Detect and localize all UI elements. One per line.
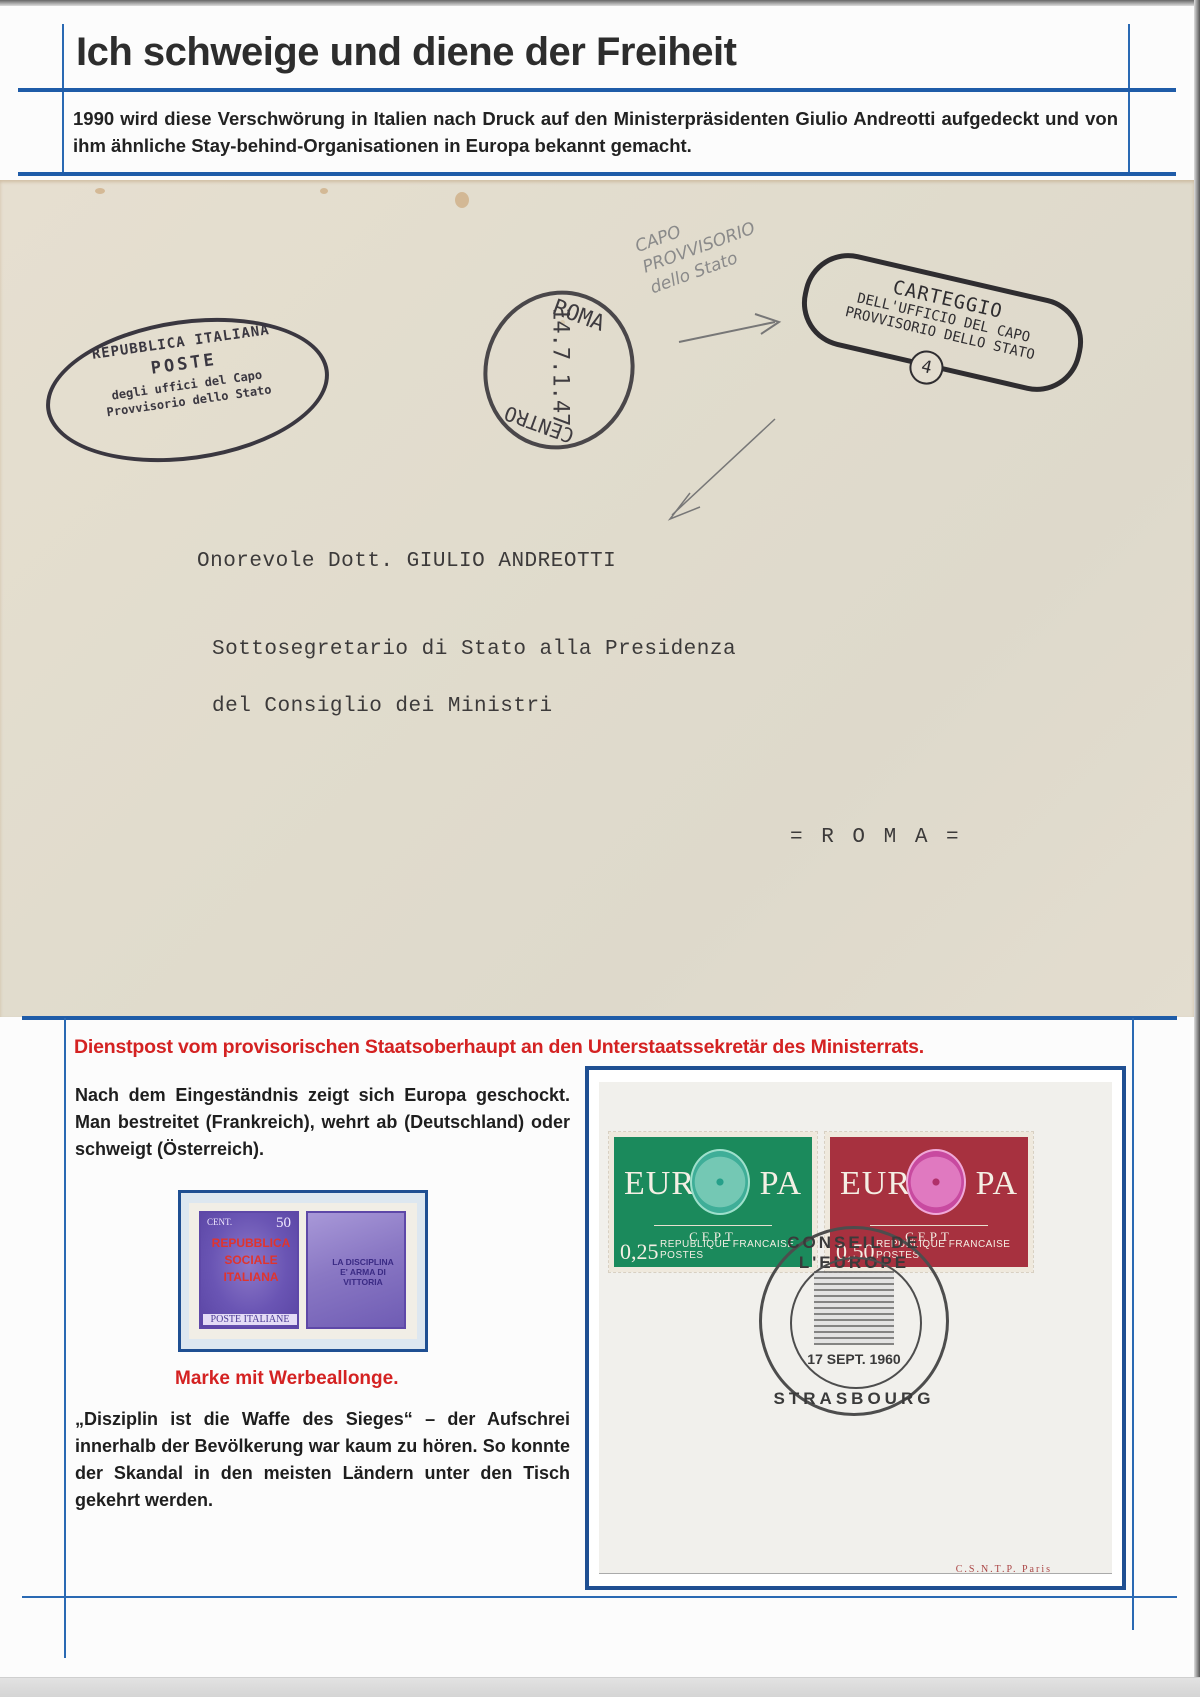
scan-edge-bottom — [0, 1677, 1200, 1697]
frame-line-left-bottom — [64, 1018, 66, 1658]
cancel-city: STRASBOURG — [762, 1389, 946, 1409]
italian-stamp-mount: CENT. 50 REPUBBLICA SOCIALE ITALIANA POS… — [178, 1190, 428, 1352]
stamp-denomination-label: CENT. — [207, 1217, 232, 1227]
address-line-2: Sottosegretario di Stato alla Presidenza — [212, 638, 736, 661]
stamp-pair: CENT. 50 REPUBBLICA SOCIALE ITALIANA POS… — [189, 1203, 417, 1339]
frame-line-right-bottom — [1132, 1018, 1134, 1630]
europa-cover-mount: EUR PA CEPT 0,25 REPUBLIQUE FRANCAISE PO… — [585, 1066, 1126, 1590]
section-heading: Dienstpost vom provisorischen Staatsober… — [74, 1036, 924, 1059]
address-line-1: Onorevole Dott. GIULIO ANDREOTTI — [197, 550, 616, 573]
title-underline — [18, 88, 1176, 92]
intro-text: 1990 wird diese Verschwörung in Italien … — [73, 105, 1118, 159]
italian-stamp: CENT. 50 REPUBBLICA SOCIALE ITALIANA POS… — [199, 1211, 299, 1329]
section-bottom-line — [22, 1596, 1177, 1598]
stamp-value: 0,25 — [620, 1239, 659, 1265]
stamp-word-right: PA — [976, 1165, 1018, 1203]
scan-edge-right — [1194, 0, 1200, 1697]
stamp-value: 50 — [276, 1215, 291, 1232]
scan-edge-top — [0, 0, 1200, 6]
cancel-date: 17 SEPT. 1960 — [762, 1351, 946, 1367]
frame-line-left-top — [62, 24, 64, 176]
foxing-spot — [320, 188, 328, 194]
overprint-line: REPUBBLICA — [205, 1235, 297, 1252]
pencil-arrow-down-icon — [660, 415, 780, 525]
overprint: REPUBBLICA SOCIALE ITALIANA — [205, 1235, 297, 1286]
wheel-icon — [690, 1149, 750, 1215]
stamp-caption: Marke mit Werbeallonge. — [175, 1368, 399, 1390]
printer-imprint: C.S.N.T.P. Paris — [956, 1564, 1052, 1575]
address-line-3: del Consiglio dei Ministri — [212, 695, 553, 718]
pencil-arrow-right-icon — [675, 300, 785, 350]
page-title: Ich schweige und diene der Freiheit — [76, 30, 736, 75]
stamp-rule — [870, 1225, 988, 1226]
wheel-icon — [906, 1149, 966, 1215]
overprint-line: ITALIANA — [205, 1269, 297, 1286]
foxing-spot — [95, 188, 105, 194]
stamp-word-left: EUR — [624, 1165, 695, 1203]
stamp-word-right: PA — [760, 1165, 802, 1203]
stamp-word-left: EUR — [840, 1165, 911, 1203]
foxing-spot — [455, 192, 469, 208]
stamp-rule — [654, 1225, 772, 1226]
frame-line-right-top — [1128, 24, 1130, 176]
strasbourg-cancel: CONSEIL DE L'EUROPE 17 SEPT. 1960 STRASB… — [759, 1226, 949, 1416]
section-top-line — [22, 1016, 1177, 1020]
building-icon — [814, 1271, 894, 1345]
paragraph-europe-reaction: Nach dem Eingeständnis zeigt sich Europa… — [75, 1082, 570, 1163]
paragraph-discipline: „Disziplin ist die Waffe des Sieges“ – d… — [75, 1406, 570, 1514]
address-city: = R O M A = — [790, 826, 962, 849]
europa-card: EUR PA CEPT 0,25 REPUBLIQUE FRANCAISE PO… — [599, 1082, 1112, 1574]
propaganda-label: LA DISCIPLINA E' ARMA DI VITTORIA — [306, 1211, 406, 1329]
header-bottom-line — [18, 172, 1176, 176]
stamp-footer: POSTE ITALIANE — [203, 1314, 297, 1325]
overprint-line: SOCIALE — [205, 1252, 297, 1269]
propaganda-slogan: LA DISCIPLINA E' ARMA DI VITTORIA — [328, 1257, 398, 1287]
